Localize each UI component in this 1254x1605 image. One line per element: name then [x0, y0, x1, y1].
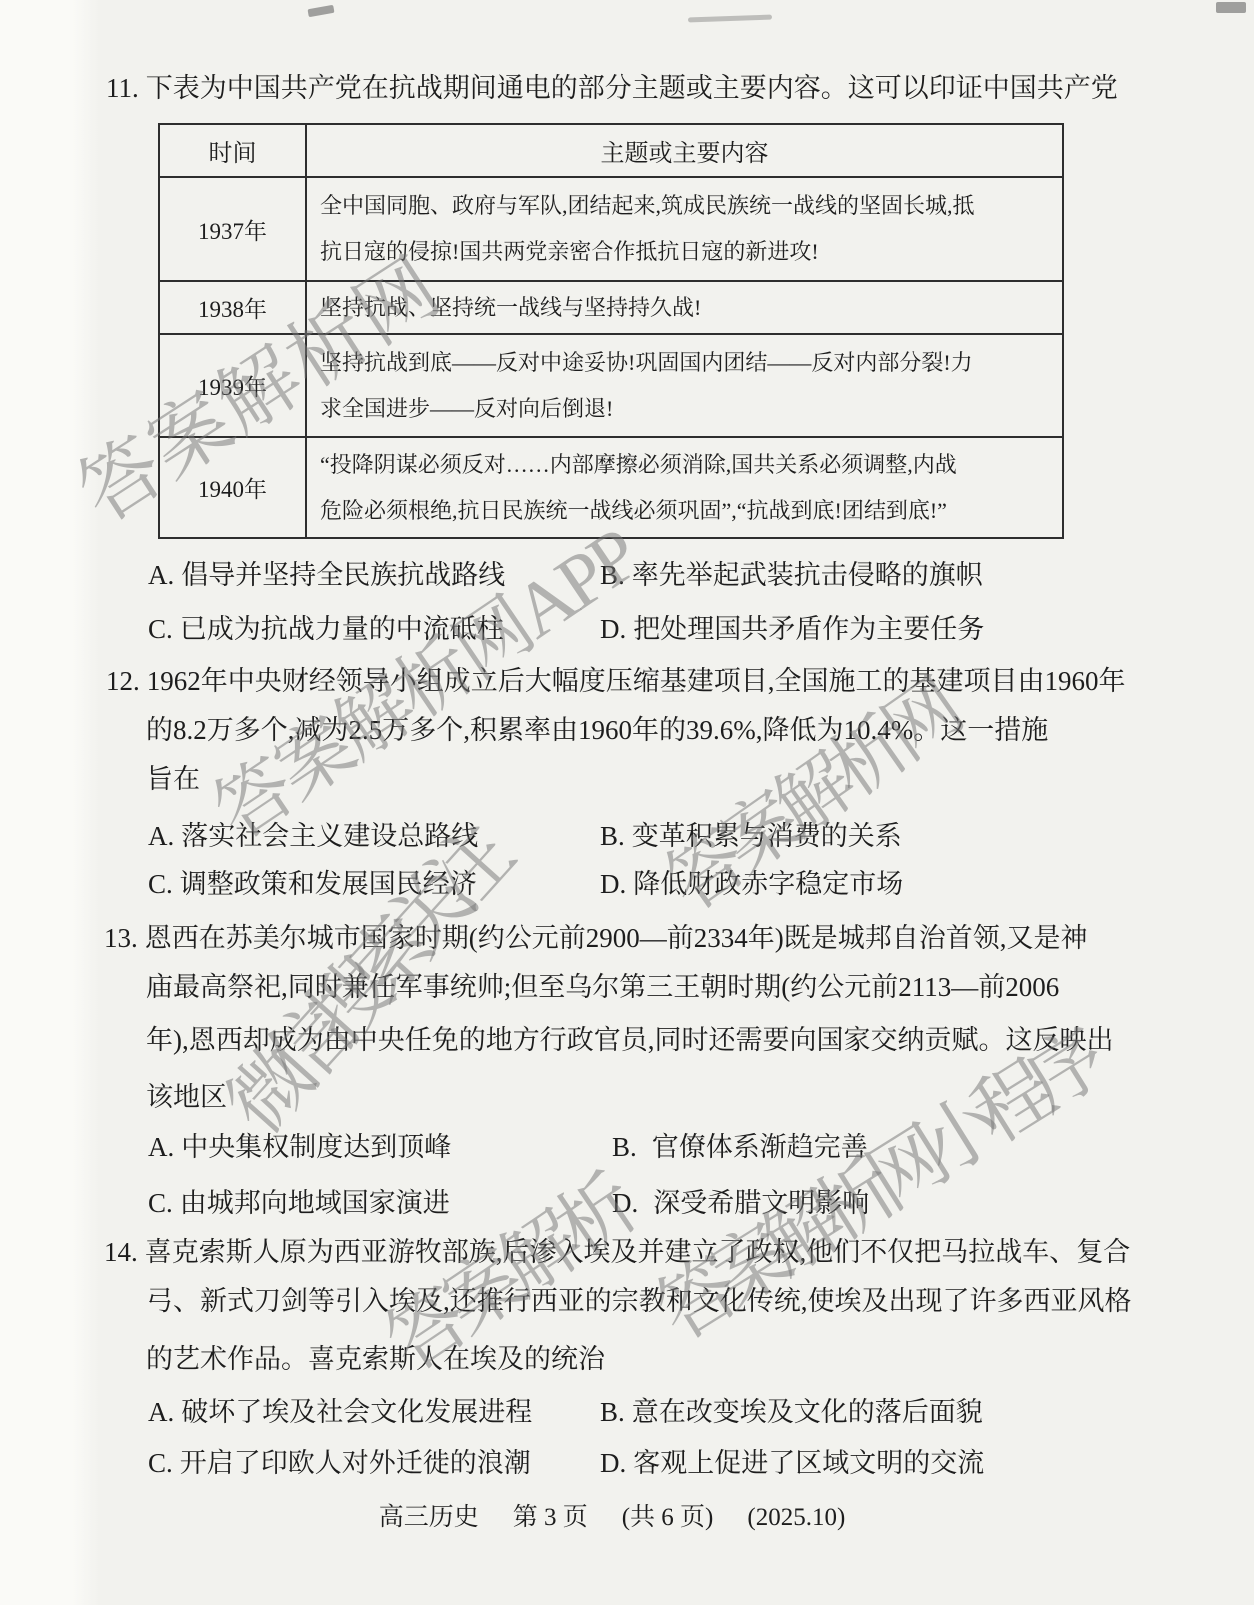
table-header-content: 主题或主要内容: [306, 124, 1063, 177]
question-11-option-d: D.把处理国共矛盾作为主要任务: [600, 613, 984, 647]
footer-course: 高三历史: [379, 1504, 479, 1531]
exam-page: 11.下表为中国共产党在抗战期间通电的部分主题或主要内容。这可以印证中国共产党 …: [0, 0, 1254, 1605]
table-cell-year: 1939年: [159, 334, 306, 437]
table-cell-content: 全中国同胞、政府与军队,团结起来,筑成民族统一战线的坚固长城,抵 抗日寇的侵掠!…: [306, 177, 1063, 281]
table-content-line: 坚持抗战到底——反对中途妥协!巩固国内团结——反对内部分裂!力: [320, 340, 1056, 386]
question-13-line-3: 年),恩西却成为由中央任免的地方行政官员,同时还需要向国家交纳贡赋。这反映出: [146, 1024, 1114, 1058]
table-header-time: 时间: [159, 124, 306, 177]
question-14-option-a: A.破坏了埃及社会文化发展进程: [148, 1396, 532, 1430]
question-13-line-4: 该地区: [146, 1081, 227, 1115]
question-11-option-a: A.倡导并坚持全民族抗战路线: [148, 559, 505, 593]
question-14-option-d: D.客观上促进了区域文明的交流: [600, 1447, 984, 1481]
table-row: 1939年 坚持抗战到底——反对中途妥协!巩固国内团结——反对内部分裂!力 求全…: [159, 334, 1063, 437]
question-12-number: 12.: [106, 666, 140, 696]
question-13-option-d: D.深受希腊文明影响: [612, 1187, 869, 1221]
scan-artifact: [688, 15, 772, 23]
table-content-line: 坚持抗战、坚持统一战线与坚持持久战!: [320, 285, 1056, 331]
question-12-line-1: 12.1962年中央财经领导小组成立后大幅度压缩基建项目,全国施工的基建项目由1…: [106, 665, 1126, 699]
question-11-stem: 11.下表为中国共产党在抗战期间通电的部分主题或主要内容。这可以印证中国共产党: [106, 72, 1118, 106]
table-cell-year: 1937年: [159, 177, 306, 281]
table-cell-year: 1940年: [159, 437, 306, 538]
question-14-line-3: 的艺术作品。喜克索斯人在埃及的统治: [146, 1343, 605, 1377]
table-cell-year: 1938年: [159, 281, 306, 334]
question-12-line-3: 旨在: [146, 763, 200, 797]
table-cell-content: “投降阴谋必须反对……内部摩擦必须消除,国共关系必须调整,内战 危险必须根绝,抗…: [306, 437, 1063, 538]
scan-artifact: [308, 5, 335, 17]
footer-date: (2025.10): [747, 1504, 845, 1531]
question-12-option-a: A.落实社会主义建设总路线: [148, 820, 478, 854]
question-13-option-b: B.官僚体系渐趋完善: [612, 1131, 868, 1165]
table-cell-content: 坚持抗战到底——反对中途妥协!巩固国内团结——反对内部分裂!力 求全国进步——反…: [306, 334, 1063, 437]
table-row: 1940年 “投降阴谋必须反对……内部摩擦必须消除,国共关系必须调整,内战 危险…: [159, 437, 1063, 538]
question-13-line-2: 庙最高祭祀,同时兼任军事统帅;但至乌尔第三王朝时期(约公元前2113—前2006: [146, 971, 1059, 1005]
question-14-line-2: 弓、新式刀剑等引入埃及,还推行西亚的宗教和文化传统,使埃及出现了许多西亚风格: [146, 1285, 1132, 1319]
table-content-line: “投降阴谋必须反对……内部摩擦必须消除,国共关系必须调整,内战: [320, 442, 1056, 488]
question-11-number: 11.: [106, 73, 139, 103]
table-row: 1937年 全中国同胞、政府与军队,团结起来,筑成民族统一战线的坚固长城,抵 抗…: [159, 177, 1063, 281]
question-14-option-b: B.意在改变埃及文化的落后面貌: [600, 1396, 983, 1430]
table-cell-content: 坚持抗战、坚持统一战线与坚持持久战!: [306, 281, 1063, 334]
question-12-line-2: 的8.2万多个,减为2.5万多个,积累率由1960年的39.6%,降低为10.4…: [146, 714, 1048, 748]
scan-artifact: [1216, 2, 1246, 13]
question-11-stem-text: 下表为中国共产党在抗战期间通电的部分主题或主要内容。这可以印证中国共产党: [146, 73, 1118, 103]
question-11-option-b: B.率先举起武装抗击侵略的旗帜: [600, 559, 983, 593]
footer-page-number: 第 3 页: [513, 1504, 588, 1531]
question-12-option-d: D.降低财政赤字稳定市场: [600, 868, 903, 902]
table-row: 1938年 坚持抗战、坚持统一战线与坚持持久战!: [159, 281, 1063, 334]
table-content-line: 全中国同胞、政府与军队,团结起来,筑成民族统一战线的坚固长城,抵: [320, 183, 1056, 229]
footer-total-pages: (共 6 页): [622, 1504, 714, 1531]
question-13-option-c: C.由城邦向地域国家演进: [148, 1187, 450, 1221]
question-13-number: 13.: [104, 923, 138, 953]
question-13-option-a: A.中央集权制度达到顶峰: [148, 1131, 451, 1165]
question-13-line-1: 13.恩西在苏美尔城市国家时期(约公元前2900—前2334年)既是城邦自治首领…: [104, 922, 1087, 956]
question-14-line-1: 14.喜克索斯人原为西亚游牧部族,后渗入埃及并建立了政权,他们不仅把马拉战车、复…: [104, 1236, 1130, 1270]
table-content-line: 求全国进步——反对向后倒退!: [320, 386, 1056, 432]
page-footer: 高三历史第 3 页(共 6 页)(2025.10): [0, 1497, 1239, 1533]
table-content-line: 抗日寇的侵掠!国共两党亲密合作抵抗日寇的新进攻!: [320, 229, 1056, 275]
table-content-line: 危险必须根绝,抗日民族统一战线必须巩固”,“抗战到底!团结到底!”: [320, 488, 1056, 534]
question-11-table: 时间 主题或主要内容 1937年 全中国同胞、政府与军队,团结起来,筑成民族统一…: [158, 123, 1064, 539]
question-14-number: 14.: [104, 1237, 138, 1267]
question-12-option-c: C.调整政策和发展国民经济: [148, 868, 477, 902]
question-11-option-c: C.已成为抗战力量的中流砥柱: [148, 613, 504, 647]
question-14-option-c: C.开启了印欧人对外迁徙的浪潮: [148, 1447, 531, 1481]
question-12-option-b: B.变革积累与消费的关系: [600, 820, 902, 854]
